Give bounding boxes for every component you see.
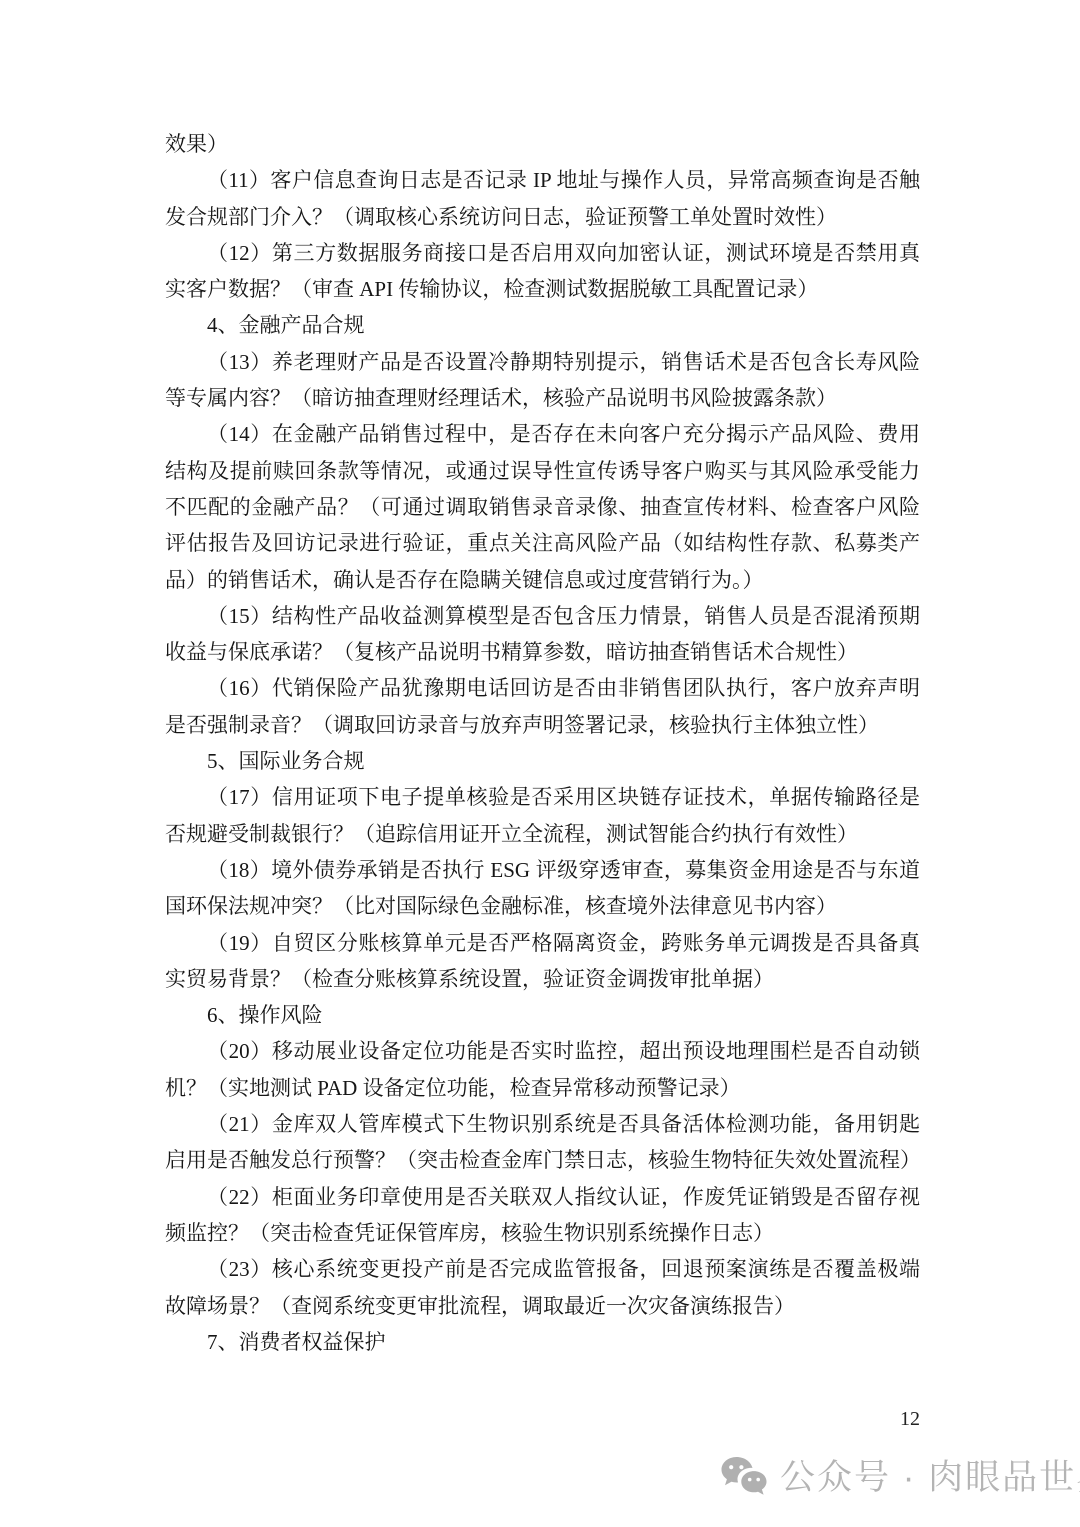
paragraph-item-11: （11）客户信息查询日志是否记录 IP 地址与操作人员，异常高频查询是否触发合规… xyxy=(165,162,920,235)
paragraph-continuation: 效果） xyxy=(165,126,920,162)
page-number: 12 xyxy=(165,1408,920,1431)
page-background: 效果） （11）客户信息查询日志是否记录 IP 地址与操作人员，异常高频查询是否… xyxy=(0,0,1080,1527)
paragraph-item-20: （20）移动展业设备定位功能是否实时监控，超出预设地理围栏是否自动锁机？（实地测… xyxy=(165,1033,920,1106)
section-heading-5: 5、国际业务合规 xyxy=(165,743,920,779)
document-page: { "document": { "paragraphs": [ { "type"… xyxy=(0,0,1080,1527)
paragraph-item-19: （19）自贸区分账核算单元是否严格隔离资金，跨账务单元调拨是否具备真实贸易背景？… xyxy=(165,925,920,998)
watermark-text: 公众号 · 肉眼品世界 xyxy=(780,1455,1080,1500)
paragraph-item-17: （17）信用证项下电子提单核验是否采用区块链存证技术，单据传输路径是否规避受制裁… xyxy=(165,779,920,852)
section-heading-6: 6、操作风险 xyxy=(165,997,920,1033)
paragraph-item-13: （13）养老理财产品是否设置冷静期特别提示，销售话术是否包含长寿风险等专属内容？… xyxy=(165,344,920,417)
paragraph-item-23: （23）核心系统变更投产前是否完成监管报备，回退预案演练是否覆盖极端故障场景？（… xyxy=(165,1251,920,1324)
paragraph-item-18: （18）境外债券承销是否执行 ESG 评级穿透审查，募集资金用途是否与东道国环保… xyxy=(165,852,920,925)
section-heading-7: 7、消费者权益保护 xyxy=(165,1324,920,1360)
section-heading-4: 4、金融产品合规 xyxy=(165,307,920,343)
paragraph-item-16: （16）代销保险产品犹豫期电话回访是否由非销售团队执行，客户放弃声明是否强制录音… xyxy=(165,670,920,743)
paragraph-item-14: （14）在金融产品销售过程中，是否存在未向客户充分揭示产品风险、费用结构及提前赎… xyxy=(165,416,920,597)
watermark: 公众号 · 肉眼品世界 xyxy=(719,1455,1080,1500)
document-body: 效果） （11）客户信息查询日志是否记录 IP 地址与操作人员，异常高频查询是否… xyxy=(165,126,920,1360)
paragraph-item-15: （15）结构性产品收益测算模型是否包含压力情景，销售人员是否混淆预期收益与保底承… xyxy=(165,598,920,671)
paragraph-item-12: （12）第三方数据服务商接口是否启用双向加密认证，测试环境是否禁用真实客户数据？… xyxy=(165,235,920,308)
wechat-icon xyxy=(719,1455,768,1500)
paragraph-item-21: （21）金库双人管库模式下生物识别系统是否具备活体检测功能，备用钥匙启用是否触发… xyxy=(165,1106,920,1179)
paragraph-item-22: （22）柜面业务印章使用是否关联双人指纹认证，作废凭证销毁是否留存视频监控？（突… xyxy=(165,1179,920,1252)
